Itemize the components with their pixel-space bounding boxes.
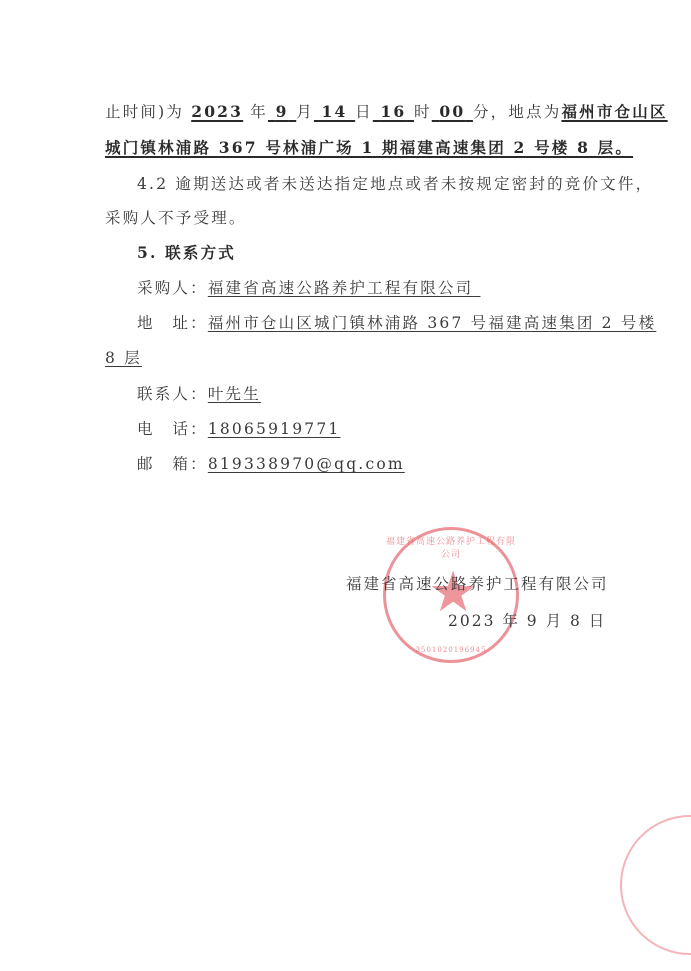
partial-seal-stamp [620, 815, 691, 955]
seal-ring-text: 福建省高速公路养护工程有限公司 [386, 534, 516, 560]
phone-value: 18065919771 [208, 420, 341, 438]
contact-label: 联系人： [137, 385, 208, 403]
deadline-line: 止时间)为 2023 年 9 月 14 日 16 时 00 分，地点为福州市仓山… [105, 100, 668, 122]
address-value-2: 8 层 [105, 349, 142, 367]
day-unit: 日 [355, 103, 373, 121]
address-label: 地 址： [137, 314, 208, 332]
email-label: 邮 箱： [137, 455, 208, 473]
phone-row: 电 话：18065919771 [137, 417, 341, 439]
official-seal-stamp: ★ 福建省高速公路养护工程有限公司 3501020196945 [383, 527, 519, 663]
seal-code: 3501020196945 [386, 646, 516, 654]
contact-row: 联系人：叶先生 [137, 382, 261, 404]
deadline-day: 14 [322, 102, 348, 121]
signature-date: 2023 年 9 月 8 日 [448, 609, 606, 631]
address-row-cont: 8 层 [105, 346, 142, 368]
phone-label: 电 话： [137, 420, 208, 438]
signature-company: 福建省高速公路养护工程有限公司 [346, 572, 609, 594]
purchaser-row: 采购人：福建省高速公路养护工程有限公司 [137, 276, 480, 298]
contact-value: 叶先生 [208, 385, 261, 403]
paragraph-4-2-line1: 4.2 逾期送达或者未送达指定地点或者未按规定密封的竞价文件， [137, 172, 653, 194]
month-unit: 月 [296, 103, 314, 121]
address-value-1: 福州市仓山区城门镇林浦路 367 号福建高速集团 2 号楼 [208, 314, 656, 332]
year-unit: 年 [250, 103, 268, 121]
minute-unit: 分，地点为 [473, 103, 562, 121]
deadline-location-line: 城门镇林浦路 367 号林浦广场 1 期福建高速集团 2 号楼 8 层。 [105, 136, 633, 158]
paragraph-4-2-line2: 采购人不予受理。 [105, 206, 247, 228]
deadline-year: 2023 [191, 102, 243, 121]
deadline-month: 9 [276, 102, 289, 121]
deadline-minute: 00 [439, 102, 465, 121]
deadline-prefix: 止时间)为 [105, 103, 184, 121]
purchaser-label: 采购人： [137, 279, 208, 297]
email-value: 819338970@qq.com [208, 455, 405, 473]
address-row: 地 址：福州市仓山区城门镇林浦路 367 号福建高速集团 2 号楼 [137, 311, 656, 333]
section-5-heading: 5. 联系方式 [137, 241, 236, 263]
email-row: 邮 箱：819338970@qq.com [137, 452, 405, 474]
deadline-hour: 16 [380, 102, 406, 121]
deadline-location-1: 福州市仓山区 [561, 102, 667, 121]
hour-unit: 时 [414, 103, 432, 121]
deadline-location-2: 城门镇林浦路 367 号林浦广场 1 期福建高速集团 2 号楼 8 层。 [105, 138, 633, 157]
purchaser-value: 福建省高速公路养护工程有限公司 [208, 279, 474, 297]
